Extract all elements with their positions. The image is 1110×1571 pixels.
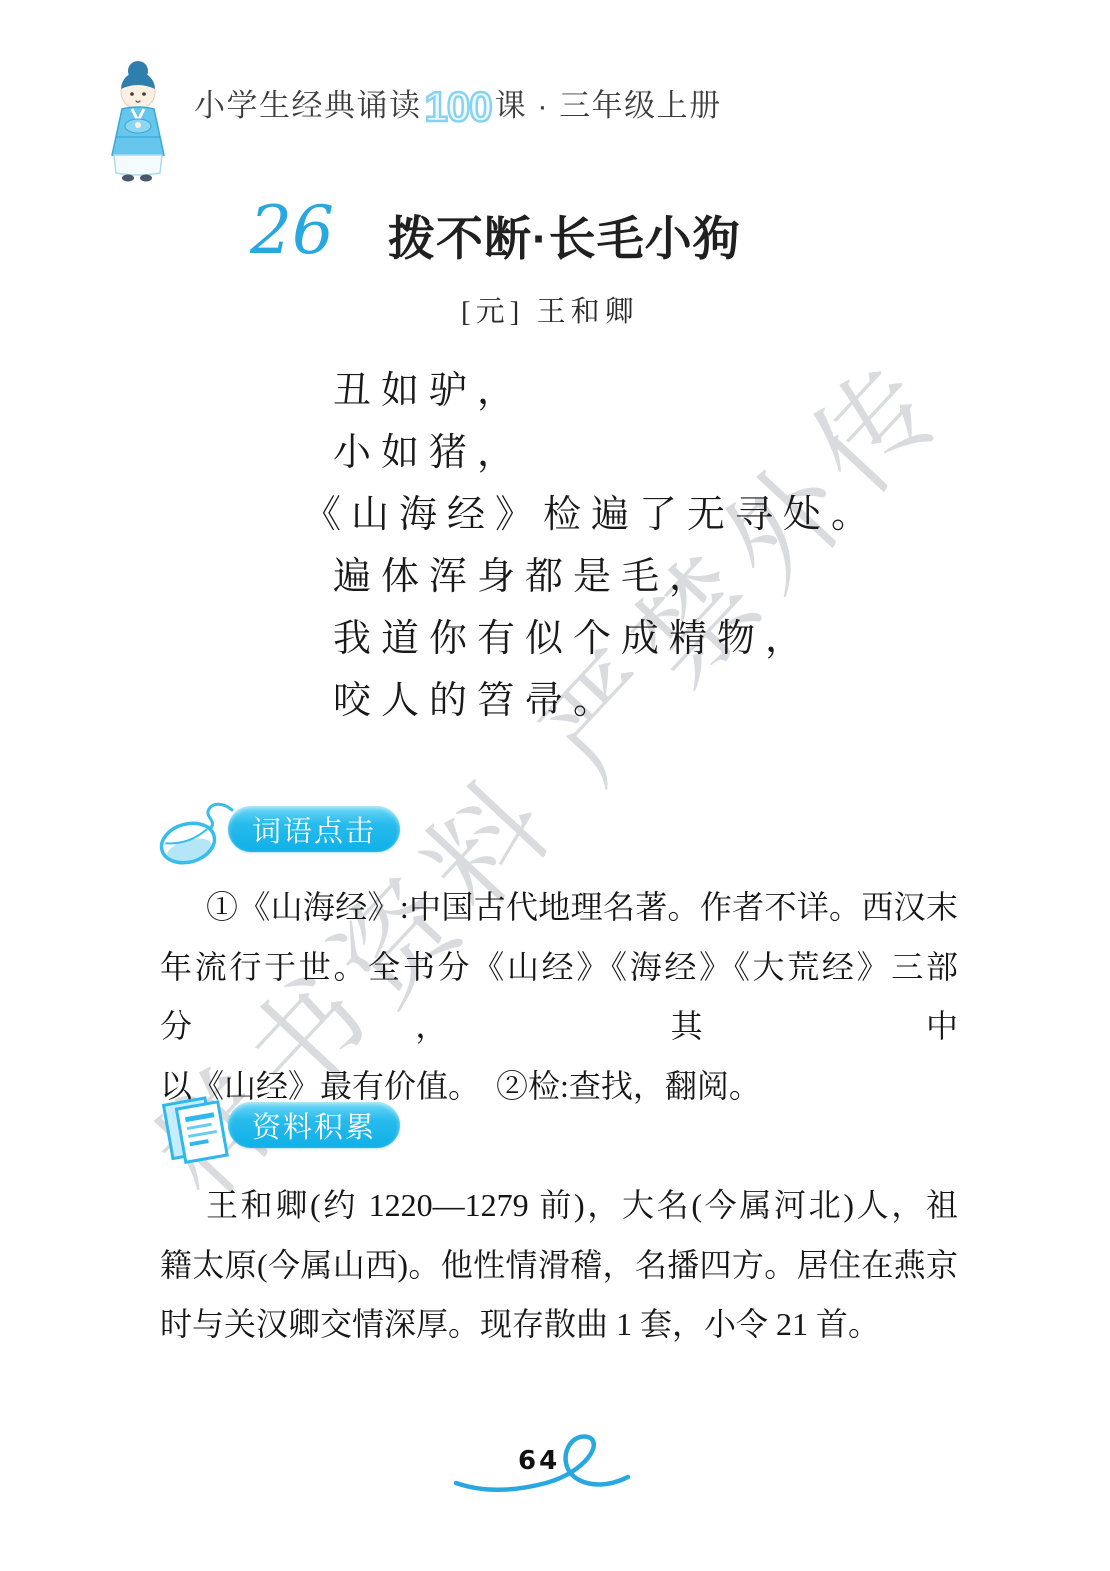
poem-line: 小如猪， [333, 422, 879, 484]
lesson-number: 26 [250, 192, 334, 269]
series-title-suffix: 课 · 三年级上册 [495, 88, 722, 123]
paragraph-line: 王和卿(约 1220—1279 前)，大名(今属河北)人，祖 [160, 1176, 958, 1236]
author-line: [元] 王和卿 [461, 289, 639, 330]
paragraph-line: ①《山海经》:中国古代地理名著。作者不详。西汉末 [160, 878, 958, 938]
poem-line: 咬人的笤帚。 [333, 670, 879, 732]
mascot-boy-icon [96, 58, 180, 182]
mouse-icon [158, 796, 238, 870]
paragraph-line: 籍太原(今属山西)。他性情滑稽，名播四方。居住在燕京 [160, 1236, 958, 1296]
poem-line: 《山海经》检遍了无寻处。 [303, 484, 879, 546]
series-title-prefix: 小学生经典诵读 [194, 88, 422, 123]
book-page: 样书资料 严禁外传 小学生经典诵读100课 · 三年级上册 26 拨不断·长毛小… [0, 0, 1110, 1571]
section-badge-label: 词语点击 [252, 809, 376, 850]
word-notes-paragraph: ①《山海经》:中国古代地理名著。作者不详。西汉末 年流行于世。全书分《山经》《海… [160, 878, 958, 1116]
poem: 丑如驴， 小如猪， 《山海经》检遍了无寻处。 遍体浑身都是毛， 我道你有似个成精… [333, 360, 879, 732]
section-badge-label: 资料积累 [252, 1105, 376, 1146]
poem-line: 我道你有似个成精物， [333, 608, 879, 670]
poem-line: 遍体浑身都是毛， [333, 546, 879, 608]
page-number: 64 [518, 1446, 560, 1476]
paragraph-line: 时与关汉卿交情深厚。现存散曲 1 套，小令 21 首。 [160, 1295, 958, 1355]
section-badge-word-click: 词语点击 [228, 806, 400, 852]
series-title: 小学生经典诵读100课 · 三年级上册 [194, 80, 722, 131]
poem-line: 丑如驴， [333, 360, 879, 422]
lesson-title: 拨不断·长毛小狗 [388, 202, 741, 269]
section-badge-material: 资料积累 [228, 1102, 400, 1148]
paragraph-line: 年流行于世。全书分《山经》《海经》《大荒经》三部分，其中 [160, 938, 958, 1057]
series-number: 100 [422, 83, 495, 130]
author-bio-paragraph: 王和卿(约 1220—1279 前)，大名(今属河北)人，祖 籍太原(今属山西)… [160, 1176, 958, 1355]
page-header: 小学生经典诵读100课 · 三年级上册 [96, 58, 722, 182]
